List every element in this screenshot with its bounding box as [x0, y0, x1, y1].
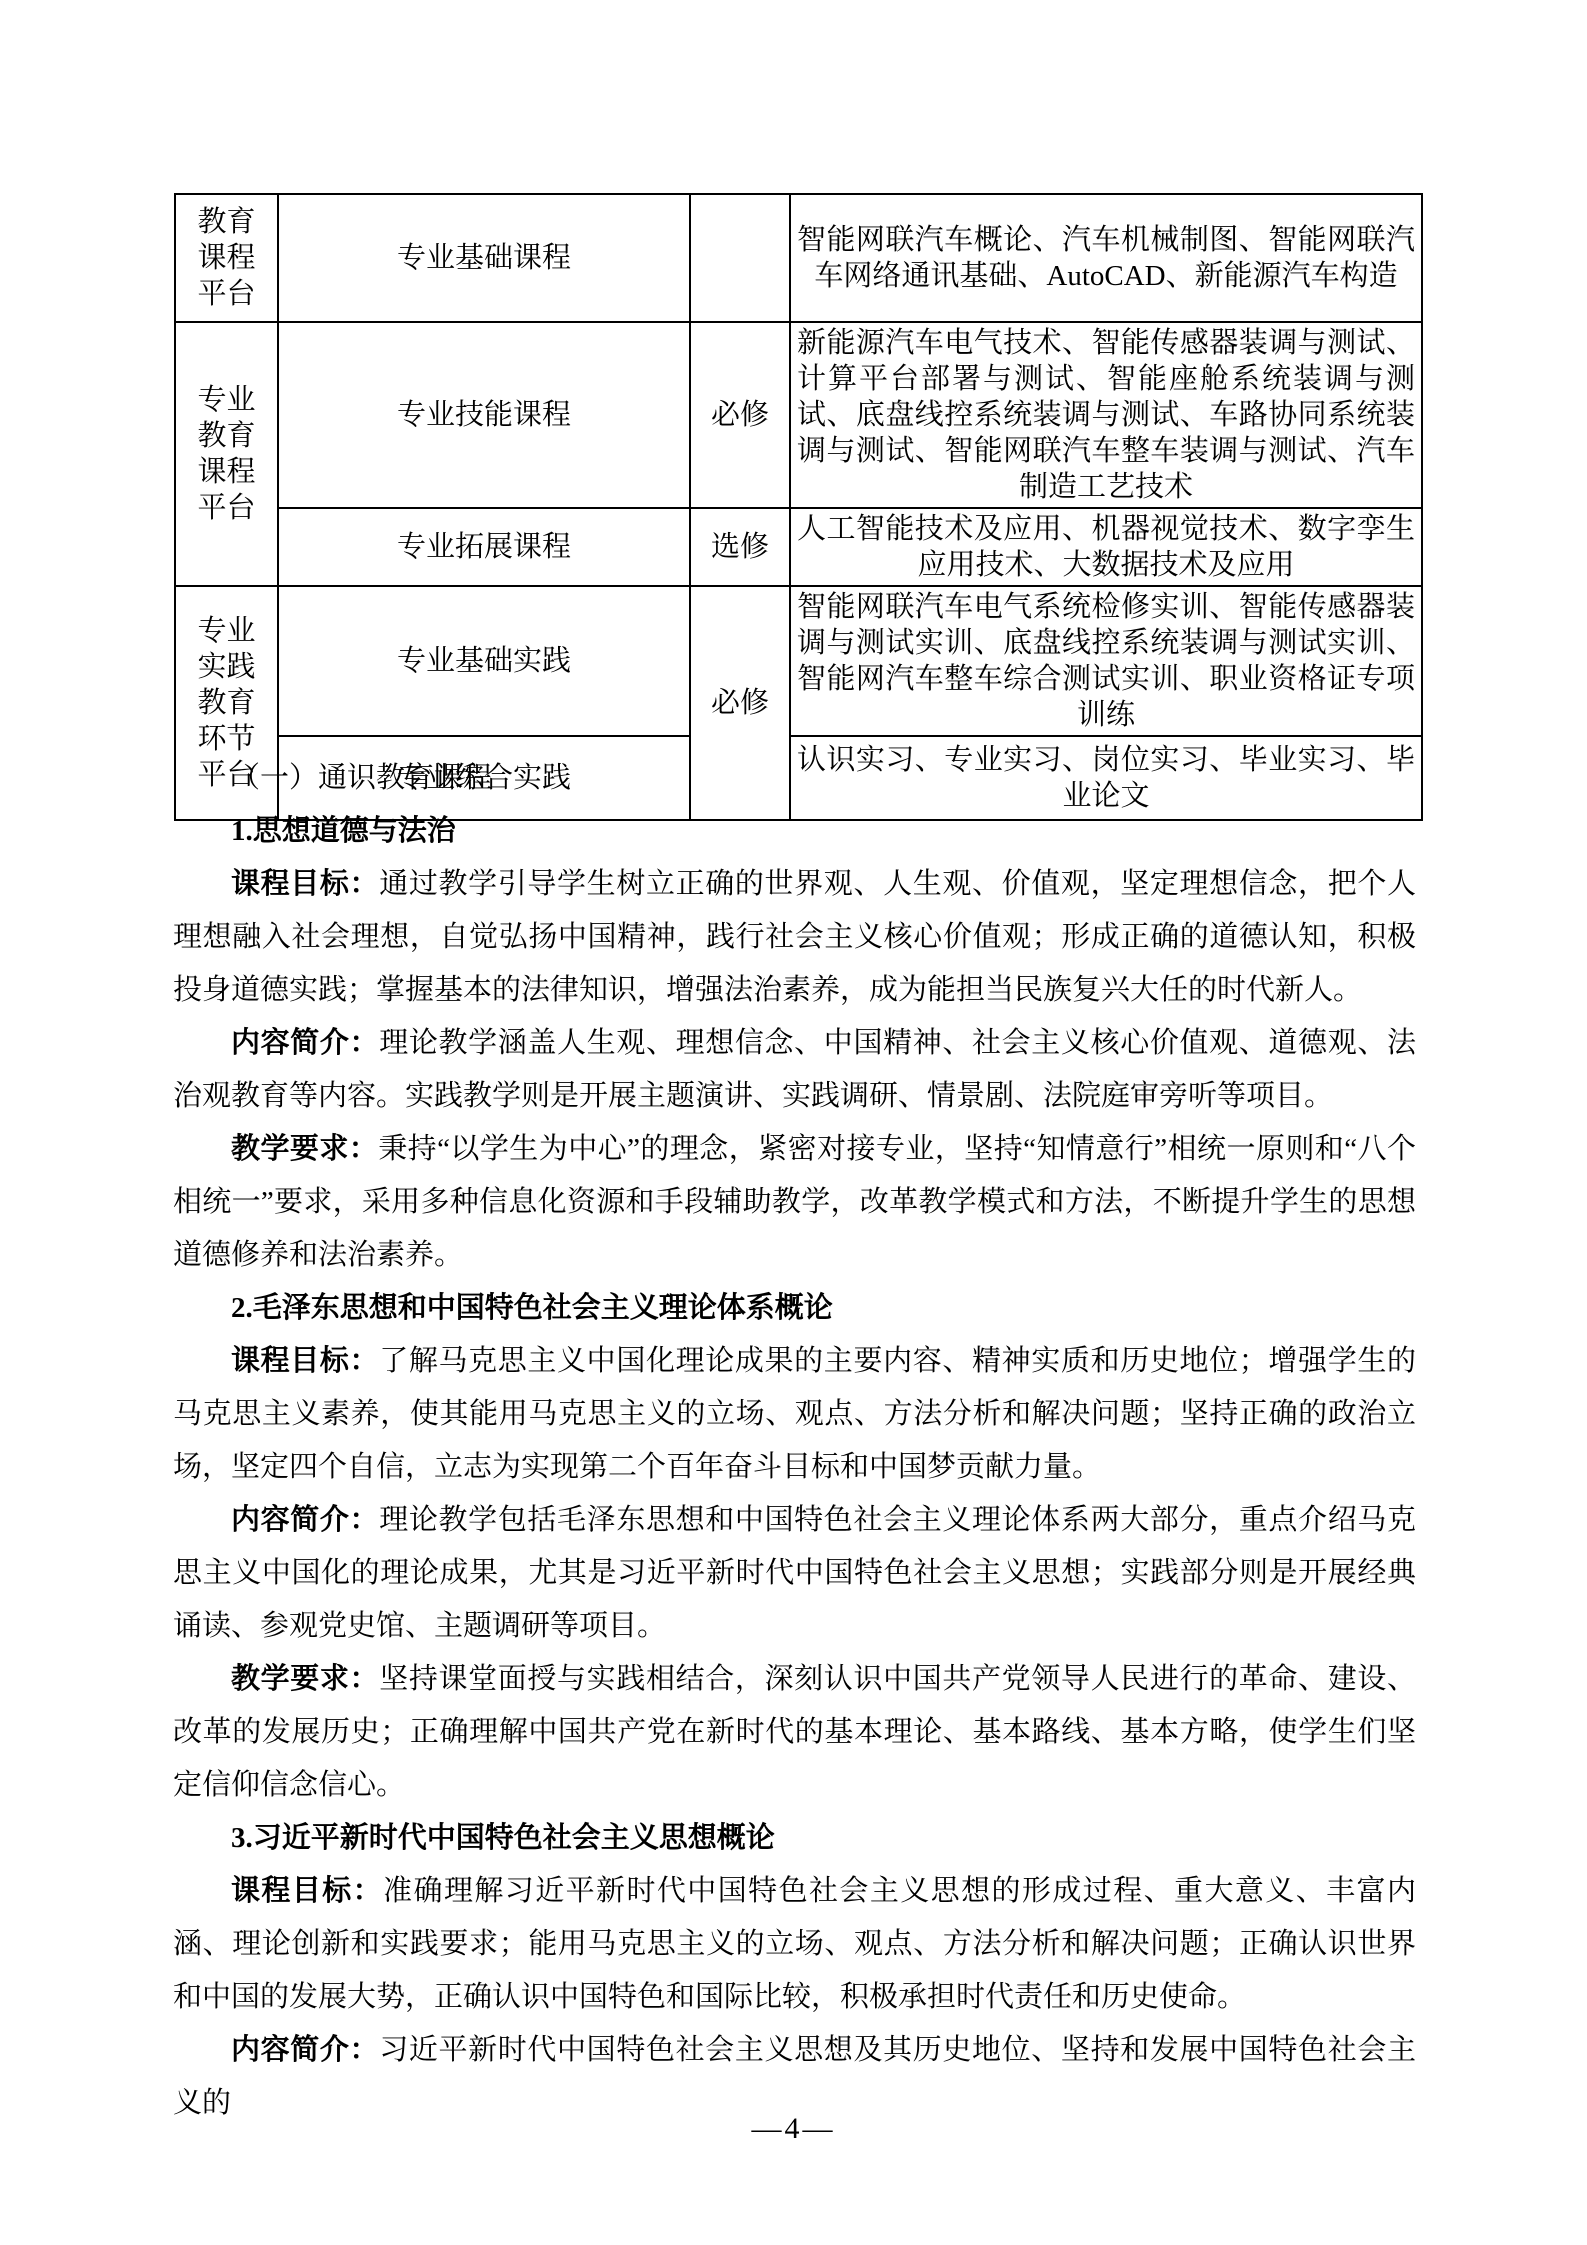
paragraph-label: 课程目标： [231, 868, 379, 900]
course-list-cell: 智能网联汽车电气系统检修实训、智能传感器装调与测试实训、底盘线控系统装调与测试实… [790, 586, 1422, 736]
platform-cell: 教育课程平台 [175, 194, 278, 322]
table-row: 教育课程平台 专业基础课程 智能网联汽车概论、汽车机械制图、智能网联汽车网络通讯… [175, 194, 1422, 322]
course-list-cell: 人工智能技术及应用、机器视觉技术、数字孪生应用技术、大数据技术及应用 [790, 508, 1422, 586]
course-type-cell [690, 194, 790, 322]
paragraph-label: 教学要求： [231, 1133, 378, 1165]
paragraph-label: 课程目标： [231, 1875, 383, 1907]
page-number: —4— [0, 2112, 1587, 2146]
course-paragraph: 内容简介：理论教学涵盖人生观、理想信念、中国精神、社会主义核心价值观、道德观、法… [173, 1017, 1416, 1123]
course-type-cell: 必修 [690, 322, 790, 508]
platform-label: 教育课程平台 [198, 204, 256, 312]
table-row: 专业拓展课程 选修 人工智能技术及应用、机器视觉技术、数字孪生应用技术、大数据技… [175, 508, 1422, 586]
platform-cell: 专业教育课程平台 [175, 322, 278, 586]
paragraph-label: 内容简介： [231, 2034, 379, 2066]
course-category-cell: 专业基础课程 [278, 194, 690, 322]
paragraph-label: 内容简介： [231, 1027, 379, 1059]
table-row: 专业实践教育环节平台 专业基础实践 必修 智能网联汽车电气系统检修实训、智能传感… [175, 586, 1422, 736]
paragraph-label: 教学要求： [231, 1663, 379, 1695]
body-text: （一）通识教育课程 1.思想道德与法治 课程目标：通过教学引导学生树立正确的世界… [173, 752, 1416, 2130]
table-row: 专业教育课程平台 专业技能课程 必修 新能源汽车电气技术、智能传感器装调与测试、… [175, 322, 1422, 508]
course-list-cell: 新能源汽车电气技术、智能传感器装调与测试、计算平台部署与测试、智能座舱系统装调与… [790, 322, 1422, 508]
paragraph-label: 内容简介： [231, 1504, 379, 1536]
curriculum-table: 教育课程平台 专业基础课程 智能网联汽车概论、汽车机械制图、智能网联汽车网络通讯… [174, 193, 1423, 821]
course-title-1: 1.思想道德与法治 [173, 805, 1416, 858]
paragraph-label: 课程目标： [231, 1345, 379, 1377]
course-paragraph: 课程目标：通过教学引导学生树立正确的世界观、人生观、价值观，坚定理想信念，把个人… [173, 858, 1416, 1017]
course-paragraph: 教学要求：坚持课堂面授与实践相结合，深刻认识中国共产党领导人民进行的革命、建设、… [173, 1653, 1416, 1812]
course-list-cell: 智能网联汽车概论、汽车机械制图、智能网联汽车网络通讯基础、AutoCAD、新能源… [790, 194, 1422, 322]
course-category-cell: 专业拓展课程 [278, 508, 690, 586]
course-paragraph: 内容简介：理论教学包括毛泽东思想和中国特色社会主义理论体系两大部分，重点介绍马克… [173, 1494, 1416, 1653]
course-title-3: 3.习近平新时代中国特色社会主义思想概论 [173, 1812, 1416, 1865]
course-category-cell: 专业基础实践 [278, 586, 690, 736]
course-category-cell: 专业技能课程 [278, 322, 690, 508]
course-paragraph: 课程目标：准确理解习近平新时代中国特色社会主义思想的形成过程、重大意义、丰富内涵… [173, 1865, 1416, 2024]
course-paragraph: 课程目标：了解马克思主义中国化理论成果的主要内容、精神实质和历史地位；增强学生的… [173, 1335, 1416, 1494]
course-paragraph: 教学要求：秉持“以学生为中心”的理念，紧密对接专业，坚持“知情意行”相统一原则和… [173, 1123, 1416, 1282]
course-type-cell: 选修 [690, 508, 790, 586]
section-heading: （一）通识教育课程 [173, 752, 1416, 805]
course-title-2: 2.毛泽东思想和中国特色社会主义理论体系概论 [173, 1282, 1416, 1335]
document-page: 教育课程平台 专业基础课程 智能网联汽车概论、汽车机械制图、智能网联汽车网络通讯… [0, 0, 1587, 2245]
platform-label: 专业教育课程平台 [198, 382, 256, 526]
